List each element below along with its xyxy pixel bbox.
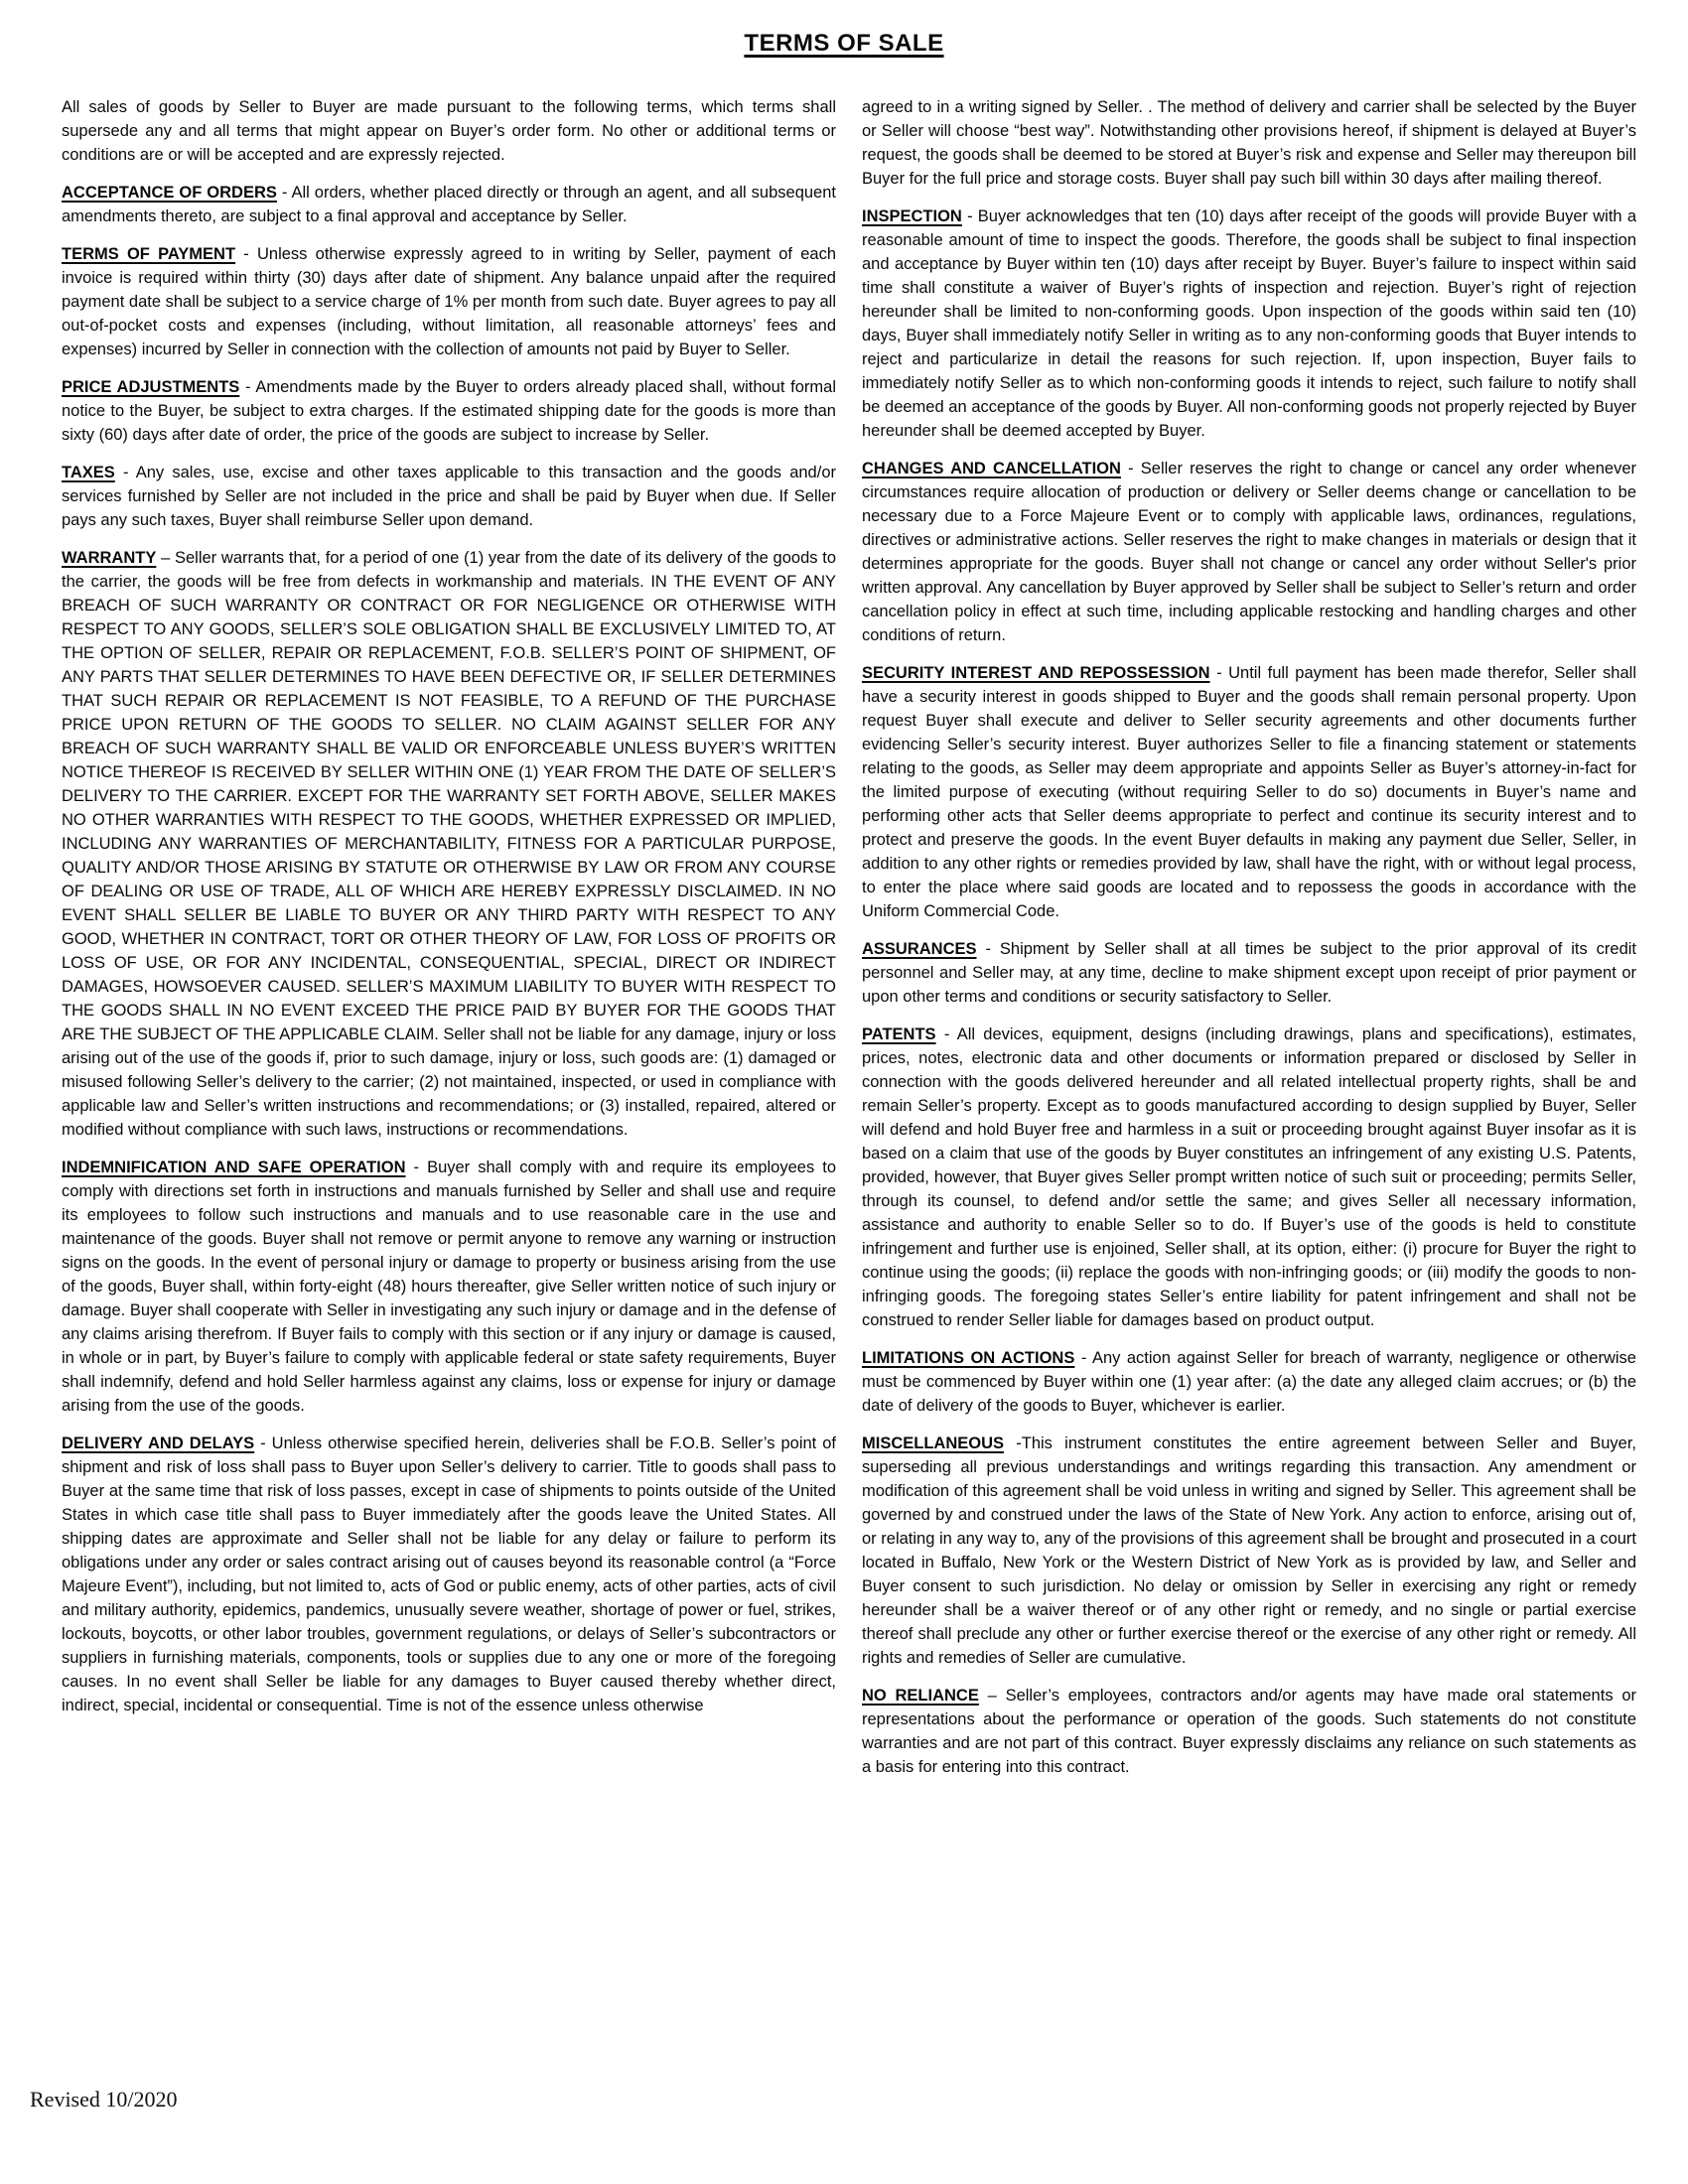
section-warranty: WARRANTY – Seller warrants that, for a p… (62, 546, 836, 1142)
section-assurances: ASSURANCES - Shipment by Seller shall at… (862, 937, 1636, 1009)
two-column-body: All sales of goods by Seller to Buyer ar… (0, 58, 1688, 1793)
section-separator: – (979, 1687, 1006, 1705)
section-separator: – (156, 549, 175, 567)
page-title-text: TERMS OF SALE (744, 30, 943, 57)
section-heading-terms-of-payment: TERMS OF PAYMENT (62, 245, 235, 263)
section-taxes: TAXES - Any sales, use, excise and other… (62, 461, 836, 532)
section-separator: - (1121, 460, 1141, 478)
section-heading-limitations-on-actions: LIMITATIONS ON ACTIONS (862, 1349, 1074, 1367)
section-changes-and-cancellation: CHANGES AND CANCELLATION - Seller reserv… (862, 457, 1636, 647)
column-left: All sales of goods by Seller to Buyer ar… (62, 95, 836, 1793)
section-no-reliance: NO RELIANCE – Seller’s employees, contra… (862, 1684, 1636, 1779)
section-separator: - (254, 1434, 272, 1452)
section-heading-assurances: ASSURANCES (862, 940, 977, 958)
section-body-taxes: Any sales, use, excise and other taxes a… (62, 464, 836, 529)
section-heading-miscellaneous: MISCELLANEOUS (862, 1434, 1004, 1452)
section-miscellaneous: MISCELLANEOUS -This instrument constitut… (862, 1432, 1636, 1670)
section-patents: PATENTS - All devices, equipment, design… (862, 1023, 1636, 1332)
section-price-adjustments: PRICE ADJUSTMENTS - Amendments made by t… (62, 375, 836, 447)
section-heading-acceptance-of-orders: ACCEPTANCE OF ORDERS (62, 184, 277, 202)
section-body-security-interest-and-repossession: Until full payment has been made therefo… (862, 664, 1636, 920)
section-heading-security-interest-and-repossession: SECURITY INTEREST AND REPOSSESSION (862, 664, 1210, 682)
section-body-delivery-and-delays: Unless otherwise specified herein, deliv… (62, 1434, 836, 1714)
section-limitations-on-actions: LIMITATIONS ON ACTIONS - Any action agai… (862, 1346, 1636, 1418)
column-right: agreed to in a writing signed by Seller.… (862, 95, 1636, 1793)
section-heading-price-adjustments: PRICE ADJUSTMENTS (62, 378, 239, 396)
section-separator: - (277, 184, 292, 202)
section-separator: - (235, 245, 257, 263)
revision-note: Revised 10/2020 (30, 2087, 178, 2113)
section-separator: - (977, 940, 1000, 958)
section-heading-patents: PATENTS (862, 1025, 936, 1043)
section-indemnification-and-safe-operation: INDEMNIFICATION AND SAFE OPERATION - Buy… (62, 1156, 836, 1418)
section-body-patents: All devices, equipment, designs (includi… (862, 1025, 1636, 1329)
section-heading-changes-and-cancellation: CHANGES AND CANCELLATION (862, 460, 1121, 478)
section-separator: - (936, 1025, 957, 1043)
page-title: TERMS OF SALE (0, 0, 1688, 58)
section-heading-inspection: INSPECTION (862, 207, 962, 225)
section-separator: - (115, 464, 136, 481)
section-body-continuation-paragraph: agreed to in a writing signed by Seller.… (862, 98, 1636, 188)
section-body-indemnification-and-safe-operation: Buyer shall comply with and require its … (62, 1159, 836, 1415)
section-heading-no-reliance: NO RELIANCE (862, 1687, 979, 1705)
section-continuation-paragraph: agreed to in a writing signed by Seller.… (862, 95, 1636, 191)
section-separator: - (962, 207, 978, 225)
section-separator: - (1074, 1349, 1092, 1367)
section-separator: - (405, 1159, 427, 1176)
section-acceptance-of-orders: ACCEPTANCE OF ORDERS - All orders, wheth… (62, 181, 836, 228)
section-body-miscellaneous: This instrument constitutes the entire a… (862, 1434, 1636, 1667)
section-separator: - (1004, 1434, 1022, 1452)
section-body-inspection: Buyer acknowledges that ten (10) days af… (862, 207, 1636, 440)
section-heading-delivery-and-delays: DELIVERY AND DELAYS (62, 1434, 254, 1452)
section-heading-taxes: TAXES (62, 464, 115, 481)
section-separator: - (1210, 664, 1229, 682)
section-terms-of-payment: TERMS OF PAYMENT - Unless otherwise expr… (62, 242, 836, 361)
terms-of-sale-page: TERMS OF SALE All sales of goods by Sell… (0, 0, 1688, 2184)
section-heading-warranty: WARRANTY (62, 549, 156, 567)
section-continuation-paragraph: All sales of goods by Seller to Buyer ar… (62, 95, 836, 167)
section-inspection: INSPECTION - Buyer acknowledges that ten… (862, 205, 1636, 443)
section-security-interest-and-repossession: SECURITY INTEREST AND REPOSSESSION - Unt… (862, 661, 1636, 923)
section-delivery-and-delays: DELIVERY AND DELAYS - Unless otherwise s… (62, 1432, 836, 1717)
section-body-changes-and-cancellation: Seller reserves the right to change or c… (862, 460, 1636, 644)
section-separator: - (239, 378, 255, 396)
section-heading-indemnification-and-safe-operation: INDEMNIFICATION AND SAFE OPERATION (62, 1159, 405, 1176)
section-body-continuation-paragraph: All sales of goods by Seller to Buyer ar… (62, 98, 836, 164)
section-body-warranty: Seller warrants that, for a period of on… (62, 549, 836, 1139)
